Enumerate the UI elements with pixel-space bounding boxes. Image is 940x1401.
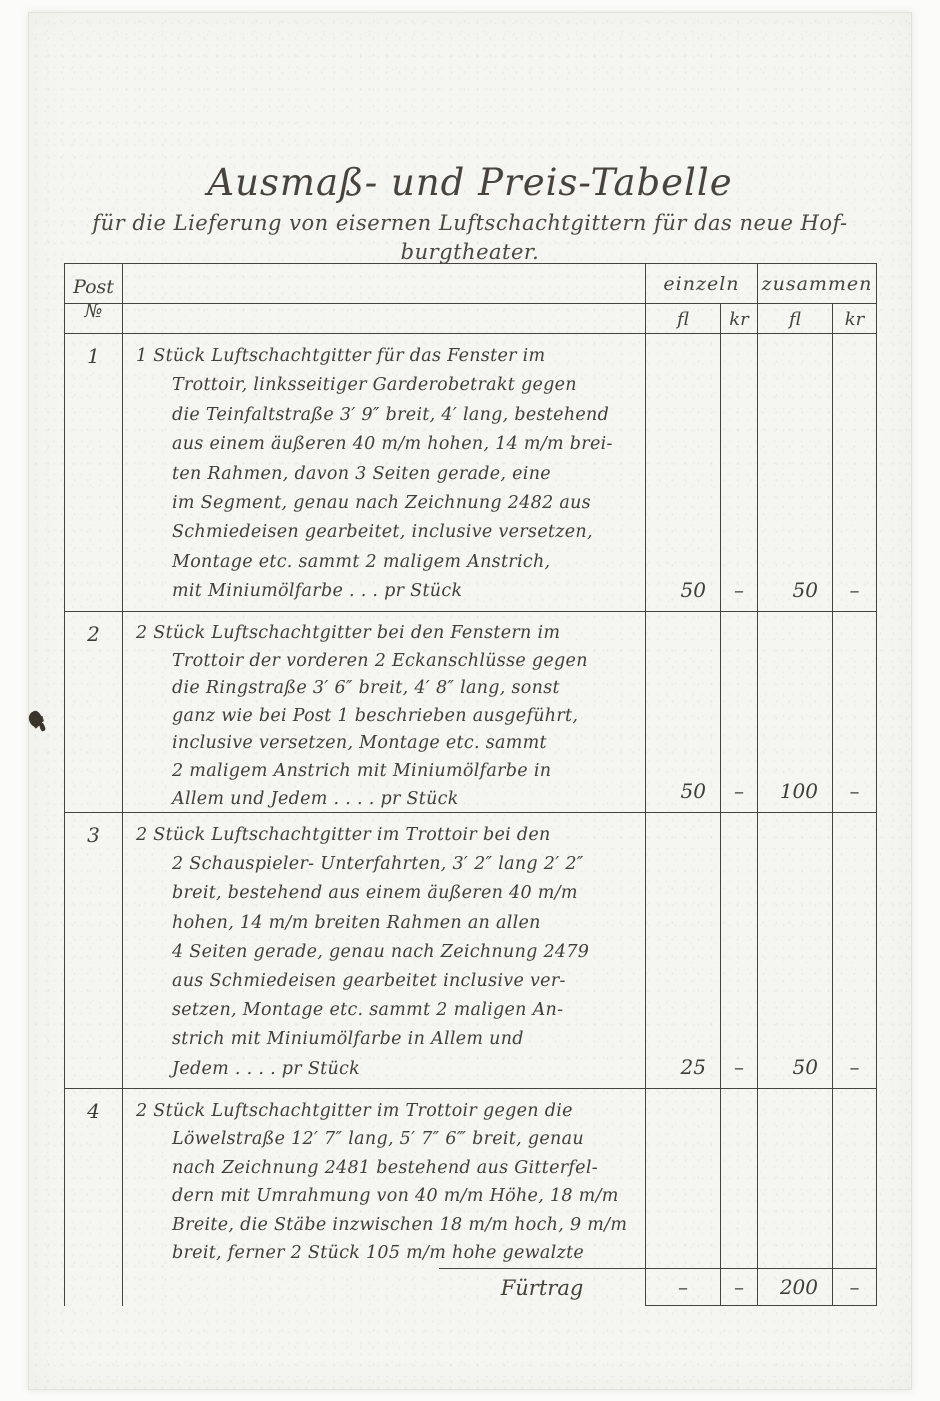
einzeln-fl-value: 50: [645, 612, 720, 812]
post-number: 4: [65, 1089, 122, 1268]
post-number: 3: [65, 813, 122, 1088]
zusammen-fl-value: [757, 1089, 832, 1268]
zusammen-fl-value: 50: [757, 813, 832, 1088]
zusammen-kr-value: –: [832, 813, 876, 1088]
zusammen-fl-value: 50: [757, 334, 832, 611]
einzeln-fl-value: [645, 1089, 720, 1268]
einzeln-kr-value: –: [720, 612, 757, 812]
einzeln-kr-value: [720, 1089, 757, 1268]
table-header-unit-row: fl kr fl kr: [65, 303, 876, 333]
zusammen-fl-value: 100: [757, 612, 832, 812]
header-zusammen: zusammen: [757, 264, 876, 303]
footer-zusammen-fl-value: 200: [757, 1268, 832, 1306]
footer-post-spacer: [65, 1268, 122, 1306]
header-description: [122, 264, 645, 303]
table-row: 2 2 Stück Luftschachtgitter bei den Fens…: [65, 611, 876, 812]
header-post-label: Post: [73, 275, 114, 299]
header-einzeln-fl: fl: [645, 304, 720, 333]
header-einzeln: einzeln: [645, 264, 757, 303]
document-subtitle-line2: burgtheater.: [29, 240, 911, 264]
scanned-document-page: Ausmaß- und Preis-Tabelle für die Liefer…: [0, 0, 940, 1401]
zusammen-kr-value: –: [832, 612, 876, 812]
footer-einzeln-kr-value: –: [720, 1268, 757, 1306]
einzeln-fl-value: 50: [645, 334, 720, 611]
table-row: 1 1 Stück Luftschachtgitter für das Fens…: [65, 333, 876, 611]
einzeln-kr-value: –: [720, 813, 757, 1088]
header-zusammen-fl: fl: [757, 304, 832, 333]
einzeln-fl-value: 25: [645, 813, 720, 1088]
document-subtitle-line1: für die Lieferung von eisernen Luftschac…: [29, 211, 911, 235]
carry-forward-row: Fürtrag – – 200 –: [65, 1268, 876, 1306]
item-description: 2 Stück Luftschachtgitter bei den Fenste…: [122, 612, 645, 812]
document-title: Ausmaß- und Preis-Tabelle: [29, 161, 911, 204]
item-description: 2 Stück Luftschachtgitter im Trottoir ge…: [122, 1089, 645, 1268]
zusammen-kr-value: –: [832, 334, 876, 611]
header-description-spacer: [122, 304, 645, 333]
paper-sheet: Ausmaß- und Preis-Tabelle für die Liefer…: [28, 12, 912, 1390]
post-number: 2: [65, 612, 122, 812]
table-row: 3 2 Stück Luftschachtgitter im Trottoir …: [65, 812, 876, 1088]
item-description: 1 Stück Luftschachtgitter für das Fenste…: [122, 334, 645, 611]
item-description: 2 Stück Luftschachtgitter im Trottoir be…: [122, 813, 645, 1088]
ink-blot: [21, 705, 47, 739]
price-table: Post № einzeln zusammen fl kr fl kr 1 1 …: [64, 263, 877, 1306]
table-row: 4 2 Stück Luftschachtgitter im Trottoir …: [65, 1088, 876, 1268]
table-header-group-row: Post № einzeln zusammen: [65, 264, 876, 303]
header-einzeln-kr: kr: [720, 304, 757, 333]
post-number: 1: [65, 334, 122, 611]
header-post-spacer: [65, 304, 122, 333]
header-zusammen-kr: kr: [832, 304, 876, 333]
footer-zusammen-kr-value: –: [832, 1268, 876, 1306]
zusammen-kr-value: [832, 1089, 876, 1268]
einzeln-kr-value: –: [720, 334, 757, 611]
footer-einzeln-fl-value: –: [645, 1268, 720, 1306]
footer-description-cell: Fürtrag: [122, 1268, 645, 1306]
carry-forward-label: Fürtrag: [439, 1268, 645, 1306]
